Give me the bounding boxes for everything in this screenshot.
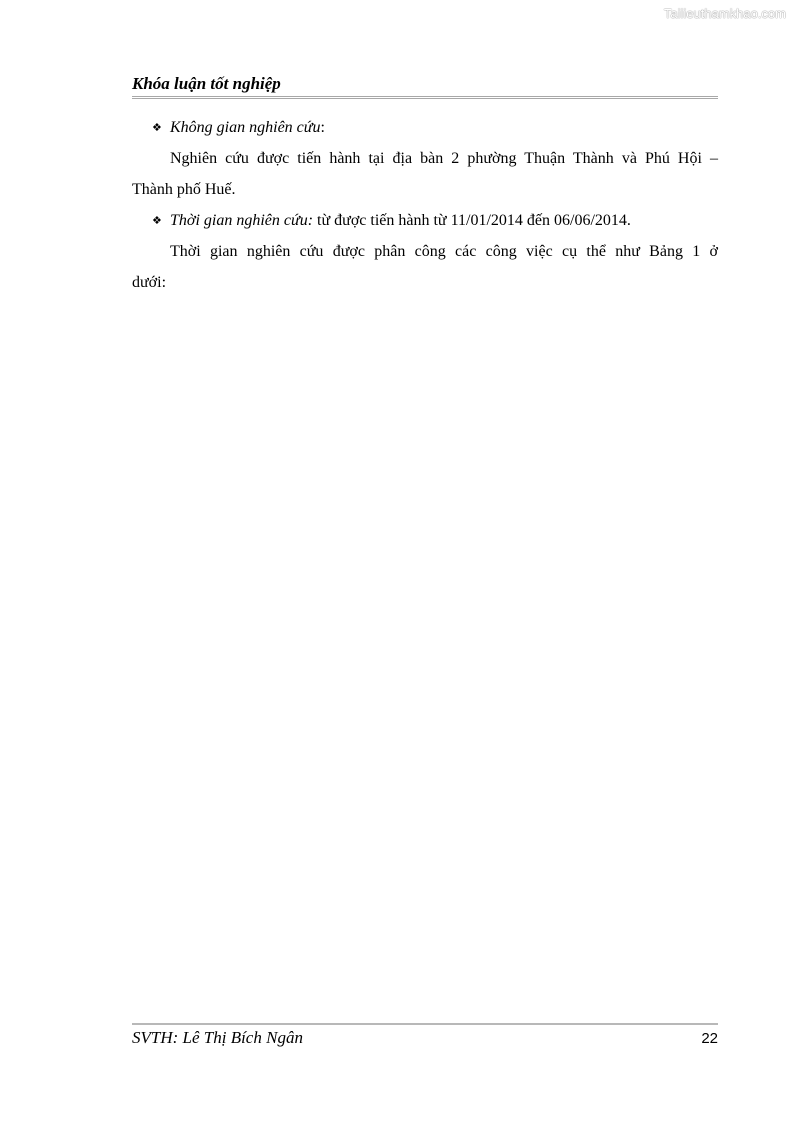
page-header-title: Khóa luận tốt nghiệp [132,74,281,94]
bullet-time-of-research: ❖Thời gian nghiên cứu: từ được tiến hành… [132,205,718,236]
section-label: Không gian nghiên cứu [170,119,321,136]
section-label: Thời gian nghiên cứu: [170,212,313,229]
header-divider [132,96,718,99]
paragraph-schedule-line2: dưới: [132,267,718,298]
page-number: 22 [701,1030,718,1047]
bullet-space-of-research: ❖Không gian nghiên cứu: [132,112,718,143]
section-text: từ được tiến hành từ 11/01/2014 đến 06/0… [313,212,631,229]
document-body: ❖Không gian nghiên cứu: Nghiên cứu được … [132,112,718,298]
paragraph-schedule-line1: Thời gian nghiên cứu được phân công các … [132,236,718,267]
section-label-suffix: : [321,119,325,136]
footer-divider [132,1023,718,1025]
diamond-bullet-icon: ❖ [152,112,170,143]
watermark: Tailieuthamkhao.com [664,6,786,21]
diamond-bullet-icon: ❖ [152,205,170,236]
paragraph-location-line1: Nghiên cứu được tiến hành tại địa bàn 2 … [132,143,718,174]
paragraph-location-line2: Thành phố Huế. [132,174,718,205]
footer-author: SVTH: Lê Thị Bích Ngân [132,1028,303,1048]
